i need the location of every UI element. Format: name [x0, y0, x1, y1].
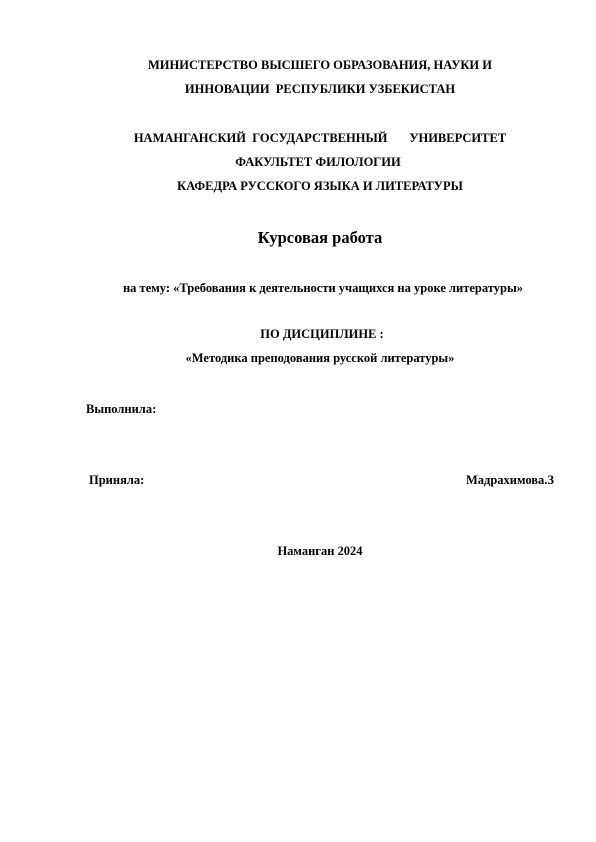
performed-by-label: Выполнила:	[86, 401, 156, 417]
ministry-name-line1: МИНИСТЕРСТВО ВЫСШЕГО ОБРАЗОВАНИЯ, НАУКИ …	[22, 57, 596, 73]
work-topic: на тему: «Требования к деятельности учащ…	[25, 280, 596, 296]
university-name: НАМАНГАНСКИЙ ГОСУДАРСТВЕННЫЙ УНИВЕРСИТЕТ	[22, 130, 596, 146]
faculty-name: ФАКУЛЬТЕТ ФИЛОЛОГИИ	[20, 154, 596, 170]
ministry-name-line2: ИННОВАЦИИ РЕСПУБЛИКИ УЗБЕКИСТАН	[22, 81, 596, 97]
city-year: Наманган 2024	[22, 543, 596, 559]
discipline-name: «Методика преподования русской литератур…	[22, 350, 596, 366]
document-title: Курсовая работа	[22, 228, 596, 248]
department-name: КАФЕДРА РУССКОГО ЯЗЫКА И ЛИТЕРАТУРЫ	[22, 178, 596, 194]
title-page: МИНИСТЕРСТВО ВЫСШЕГО ОБРАЗОВАНИЯ, НАУКИ …	[0, 0, 596, 842]
accepted-by-label: Приняла:	[89, 472, 144, 488]
teacher-name: Мадрахимова.З	[466, 472, 554, 488]
discipline-label: ПО ДИСЦИПЛИНЕ :	[24, 326, 596, 342]
